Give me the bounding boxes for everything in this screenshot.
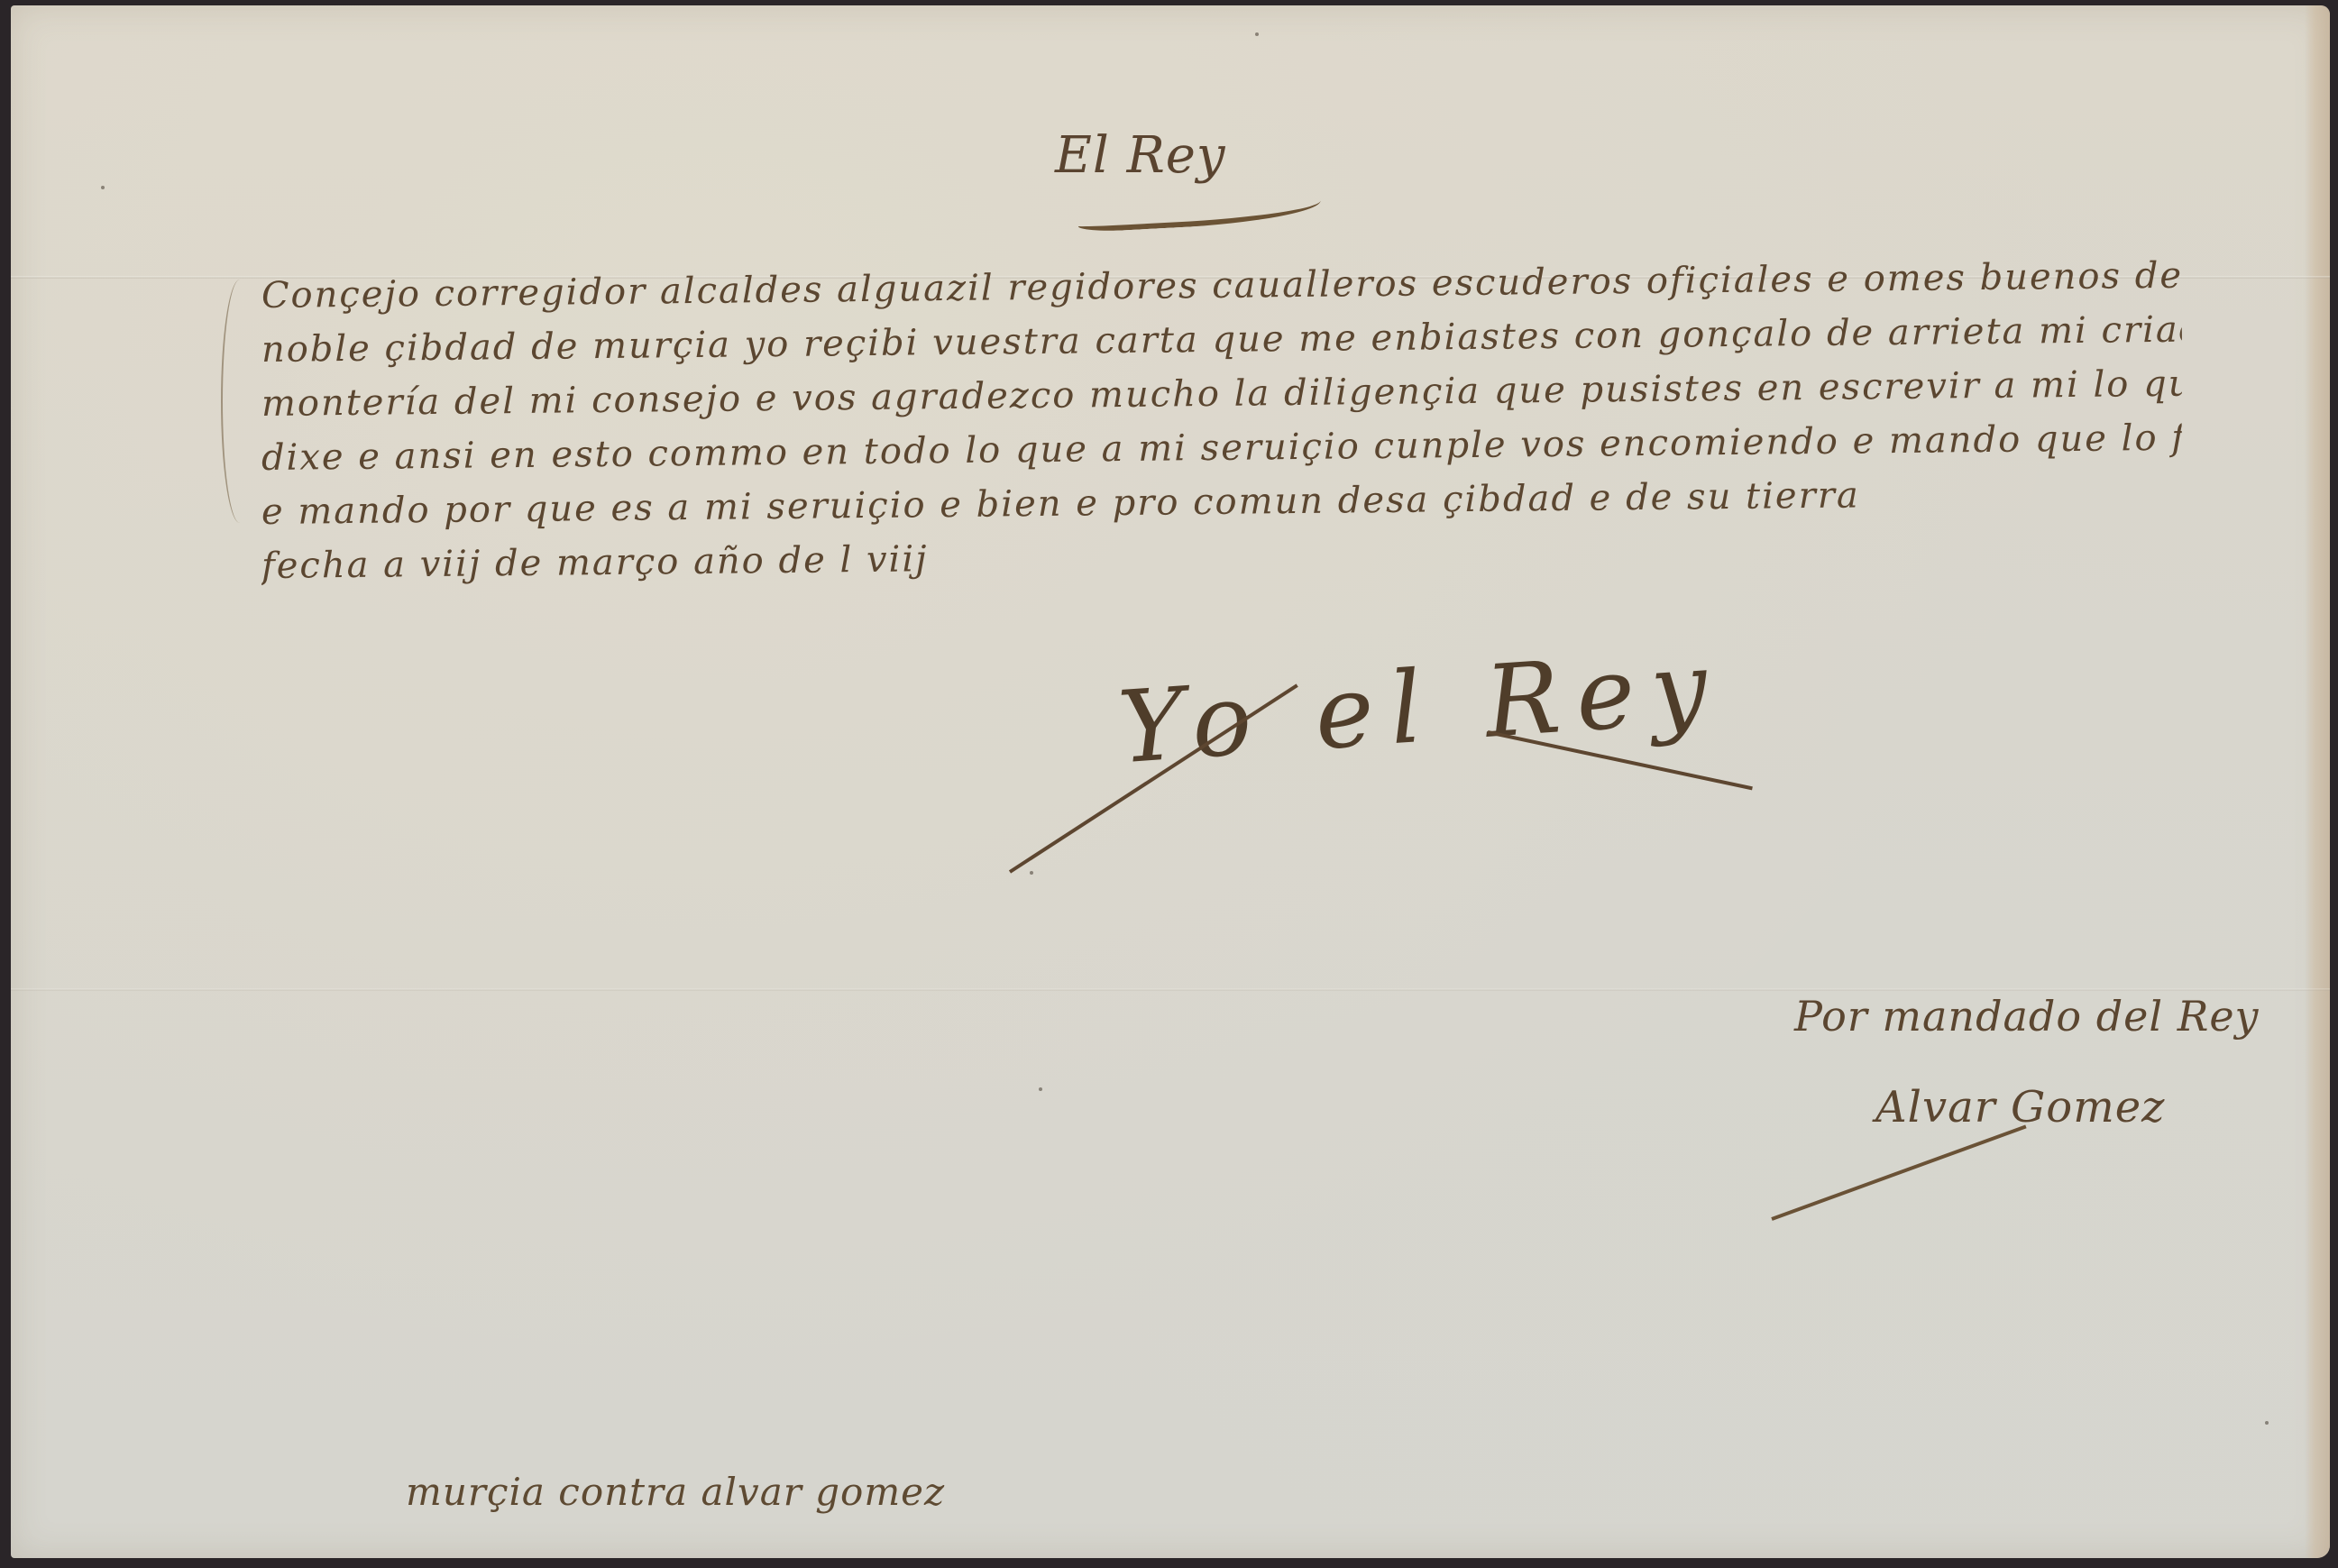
letter-body: Conçejo corregidor alcaldes alguazil reg… — [261, 275, 2182, 600]
margin-bracket — [221, 280, 259, 523]
paper-speck — [2265, 1421, 2269, 1425]
folded-edge — [2305, 5, 2330, 1558]
document-scan: El Rey Conçejo corregidor alcaldes algua… — [0, 0, 2338, 1568]
fold-line-middle — [11, 988, 2330, 991]
paper-speck — [1255, 32, 1259, 36]
paper-speck — [1030, 871, 1033, 875]
subscription-by-order: Por mandado del Rey — [1794, 992, 2260, 1041]
letter-heading: El Rey — [1055, 126, 1226, 185]
paper-speck — [101, 186, 105, 189]
secretary-signature: Alvar Gomez — [1875, 1082, 2165, 1132]
paper-speck — [1039, 1087, 1042, 1091]
docket-note: murçia contra alvar gomez — [406, 1470, 945, 1514]
